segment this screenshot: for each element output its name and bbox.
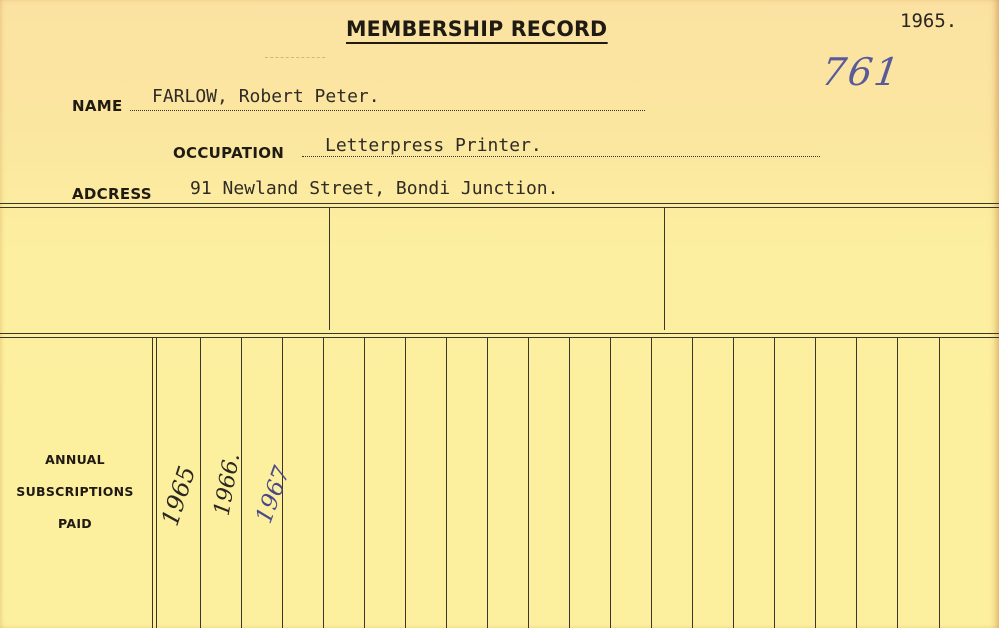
- occupation-dotted-line: [302, 156, 820, 157]
- name-label: NAME: [72, 97, 123, 115]
- address-label: ADCRESS: [72, 185, 152, 203]
- grid-line: [528, 338, 529, 628]
- middle-divider-1: [329, 208, 330, 330]
- grid-line: [241, 338, 242, 628]
- grid-line: [692, 338, 693, 628]
- address-value: 91 Newland Street, Bondi Junction.: [190, 178, 558, 199]
- grid-line: [610, 338, 611, 628]
- subscription-year-1965: 1965: [156, 463, 202, 530]
- grid-line: [651, 338, 652, 628]
- subscriptions-rule-bottom: [0, 337, 999, 338]
- grid-line: [939, 338, 940, 628]
- grid-line: [446, 338, 447, 628]
- name-dotted-line: [130, 110, 645, 111]
- occupation-value: Letterpress Printer.: [325, 135, 542, 156]
- membership-record-card: MEMBERSHIP RECORD 1965. 761 NAME FARLOW,…: [0, 0, 999, 628]
- annual-label: ANNUAL: [0, 452, 150, 467]
- card-title: MEMBERSHIP RECORD: [346, 17, 607, 44]
- grid-line: [774, 338, 775, 628]
- grid-line-left-inner: [156, 338, 157, 628]
- grid-line: [323, 338, 324, 628]
- grid-line: [569, 338, 570, 628]
- subscription-year-1967: 1967: [251, 463, 295, 527]
- paid-label: PAID: [0, 516, 150, 531]
- grid-line: [200, 338, 201, 628]
- grid-line: [364, 338, 365, 628]
- typed-year: 1965.: [900, 10, 957, 32]
- grid-line-left-outer: [152, 338, 153, 628]
- subscriptions-rule-top: [0, 333, 999, 334]
- faint-title-mark: [265, 57, 325, 58]
- grid-line: [733, 338, 734, 628]
- subscription-year-1966: 1966.: [210, 451, 246, 517]
- address-rule-top: [0, 203, 999, 204]
- name-value: FARLOW, Robert Peter.: [152, 86, 380, 107]
- occupation-label: OCCUPATION: [173, 144, 284, 162]
- subscriptions-label: SUBSCRIPTIONS: [0, 484, 150, 499]
- grid-line: [897, 338, 898, 628]
- grid-line: [405, 338, 406, 628]
- middle-divider-2: [664, 208, 665, 330]
- handwritten-reference-number: 761: [819, 50, 904, 94]
- grid-line: [856, 338, 857, 628]
- grid-line: [487, 338, 488, 628]
- address-rule-bottom: [0, 207, 999, 208]
- grid-line: [815, 338, 816, 628]
